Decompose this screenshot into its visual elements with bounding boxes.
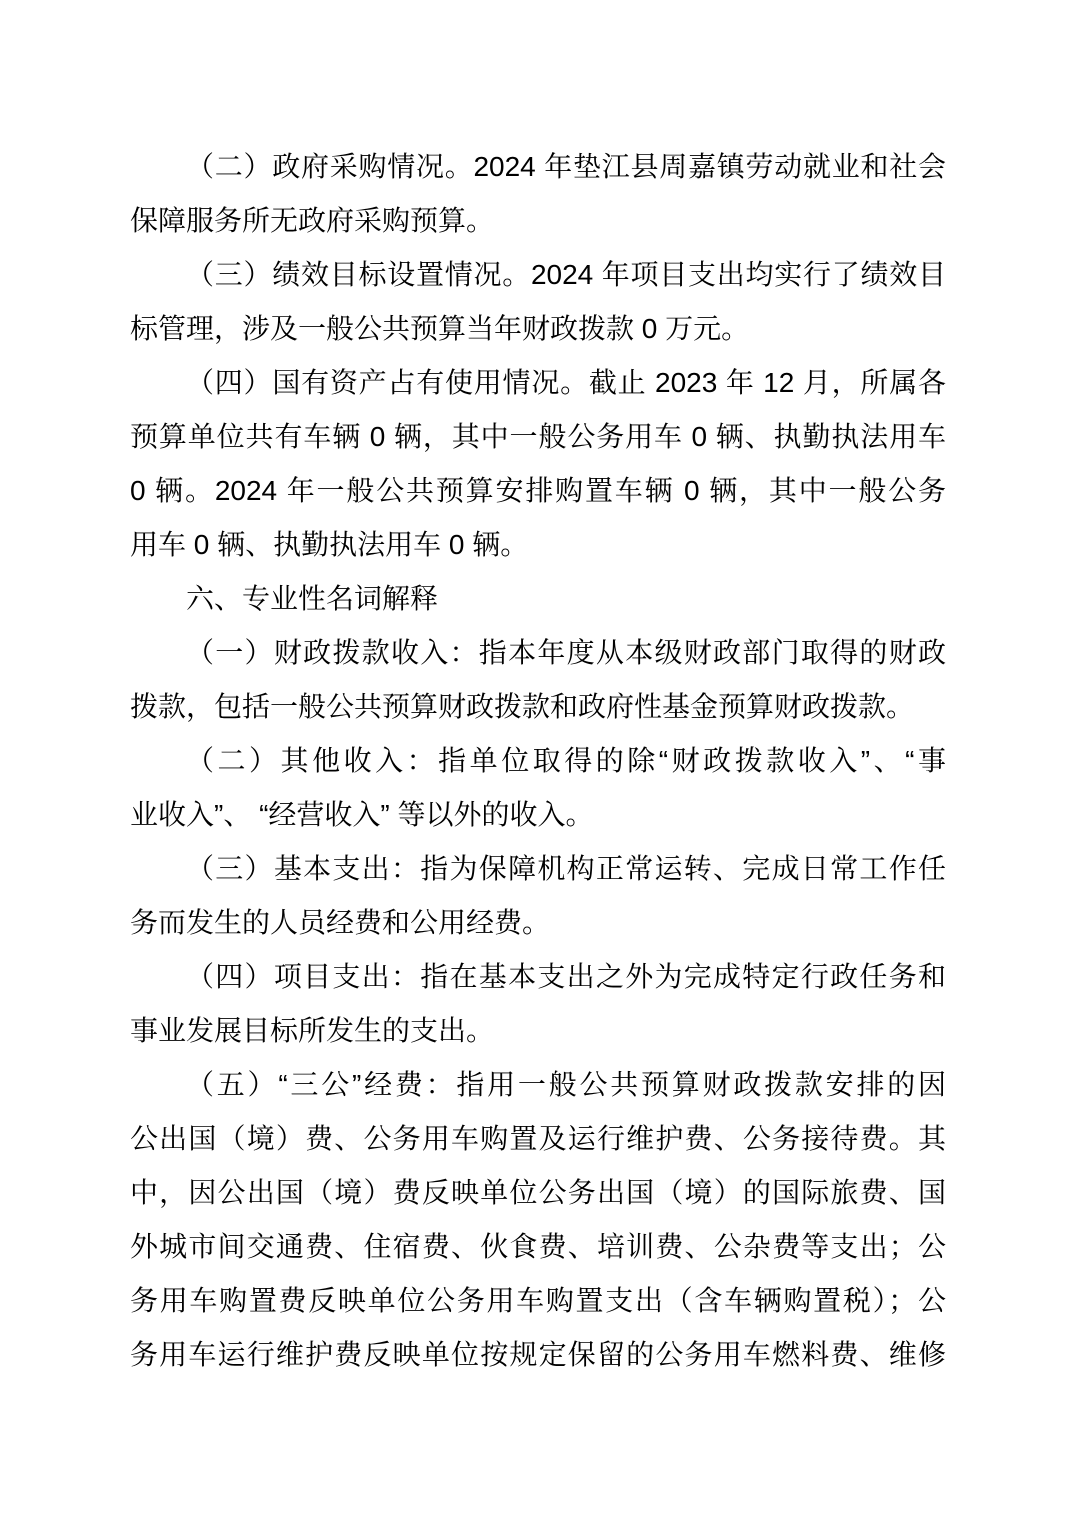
paragraph: （二）政府采购情况。2024 年垫江县周嘉镇劳动就业和社会保障服务所无政府采购预… <box>130 140 946 248</box>
document-page: （二）政府采购情况。2024 年垫江县周嘉镇劳动就业和社会保障服务所无政府采购预… <box>0 0 1074 1520</box>
text-line: 务用车购置费反映单位公务用车购置支出（含车辆购置税）；公 <box>130 1274 946 1328</box>
text-line: 拨款，包括一般公共预算财政拨款和政府性基金预算财政拨款。 <box>130 680 946 734</box>
text-line: 0 辆。2024 年一般公共预算安排购置车辆 0 辆，其中一般公务 <box>130 464 946 518</box>
text-line: 保障服务所无政府采购预算。 <box>130 194 946 248</box>
paragraph: （二）其他收入：指单位取得的除“财政拨款收入”、“事业收入”、 “经营收入” 等… <box>130 734 946 842</box>
text-line: （四）项目支出：指在基本支出之外为完成特定行政任务和 <box>130 950 946 1004</box>
paragraph: （三）基本支出：指为保障机构正常运转、完成日常工作任务而发生的人员经费和公用经费… <box>130 842 946 950</box>
text-line: 事业发展目标所发生的支出。 <box>130 1004 946 1058</box>
text-line: （三）绩效目标设置情况。2024 年项目支出均实行了绩效目 <box>130 248 946 302</box>
text-line: （五）“三公”经费：指用一般公共预算财政拨款安排的因 <box>130 1058 946 1112</box>
text-line: （二）政府采购情况。2024 年垫江县周嘉镇劳动就业和社会 <box>130 140 946 194</box>
text-line: 业收入”、 “经营收入” 等以外的收入。 <box>130 788 946 842</box>
text-line: 用车 0 辆、执勤执法用车 0 辆。 <box>130 518 946 572</box>
text-line: 预算单位共有车辆 0 辆，其中一般公务用车 0 辆、执勤执法用车 <box>130 410 946 464</box>
text-line: 务用车运行维护费反映单位按规定保留的公务用车燃料费、维修 <box>130 1328 946 1382</box>
paragraph: 六、专业性名词解释 <box>130 572 946 626</box>
text-line: 务而发生的人员经费和公用经费。 <box>130 896 946 950</box>
document-body: （二）政府采购情况。2024 年垫江县周嘉镇劳动就业和社会保障服务所无政府采购预… <box>130 140 946 1382</box>
paragraph: （三）绩效目标设置情况。2024 年项目支出均实行了绩效目标管理，涉及一般公共预… <box>130 248 946 356</box>
paragraph: （一）财政拨款收入：指本年度从本级财政部门取得的财政拨款，包括一般公共预算财政拨… <box>130 626 946 734</box>
paragraph: （四）国有资产占有使用情况。截止 2023 年 12 月，所属各预算单位共有车辆… <box>130 356 946 572</box>
text-line: 六、专业性名词解释 <box>130 572 946 626</box>
text-line: 标管理，涉及一般公共预算当年财政拨款 0 万元。 <box>130 302 946 356</box>
text-line: （三）基本支出：指为保障机构正常运转、完成日常工作任 <box>130 842 946 896</box>
paragraph: （四）项目支出：指在基本支出之外为完成特定行政任务和事业发展目标所发生的支出。 <box>130 950 946 1058</box>
text-line: （一）财政拨款收入：指本年度从本级财政部门取得的财政 <box>130 626 946 680</box>
text-line: （四）国有资产占有使用情况。截止 2023 年 12 月，所属各 <box>130 356 946 410</box>
paragraph: （五）“三公”经费：指用一般公共预算财政拨款安排的因公出国（境）费、公务用车购置… <box>130 1058 946 1382</box>
text-line: 中，因公出国（境）费反映单位公务出国（境）的国际旅费、国 <box>130 1166 946 1220</box>
text-line: 公出国（境）费、公务用车购置及运行维护费、公务接待费。其 <box>130 1112 946 1166</box>
text-line: 外城市间交通费、住宿费、伙食费、培训费、公杂费等支出；公 <box>130 1220 946 1274</box>
text-line: （二）其他收入：指单位取得的除“财政拨款收入”、“事 <box>130 734 946 788</box>
